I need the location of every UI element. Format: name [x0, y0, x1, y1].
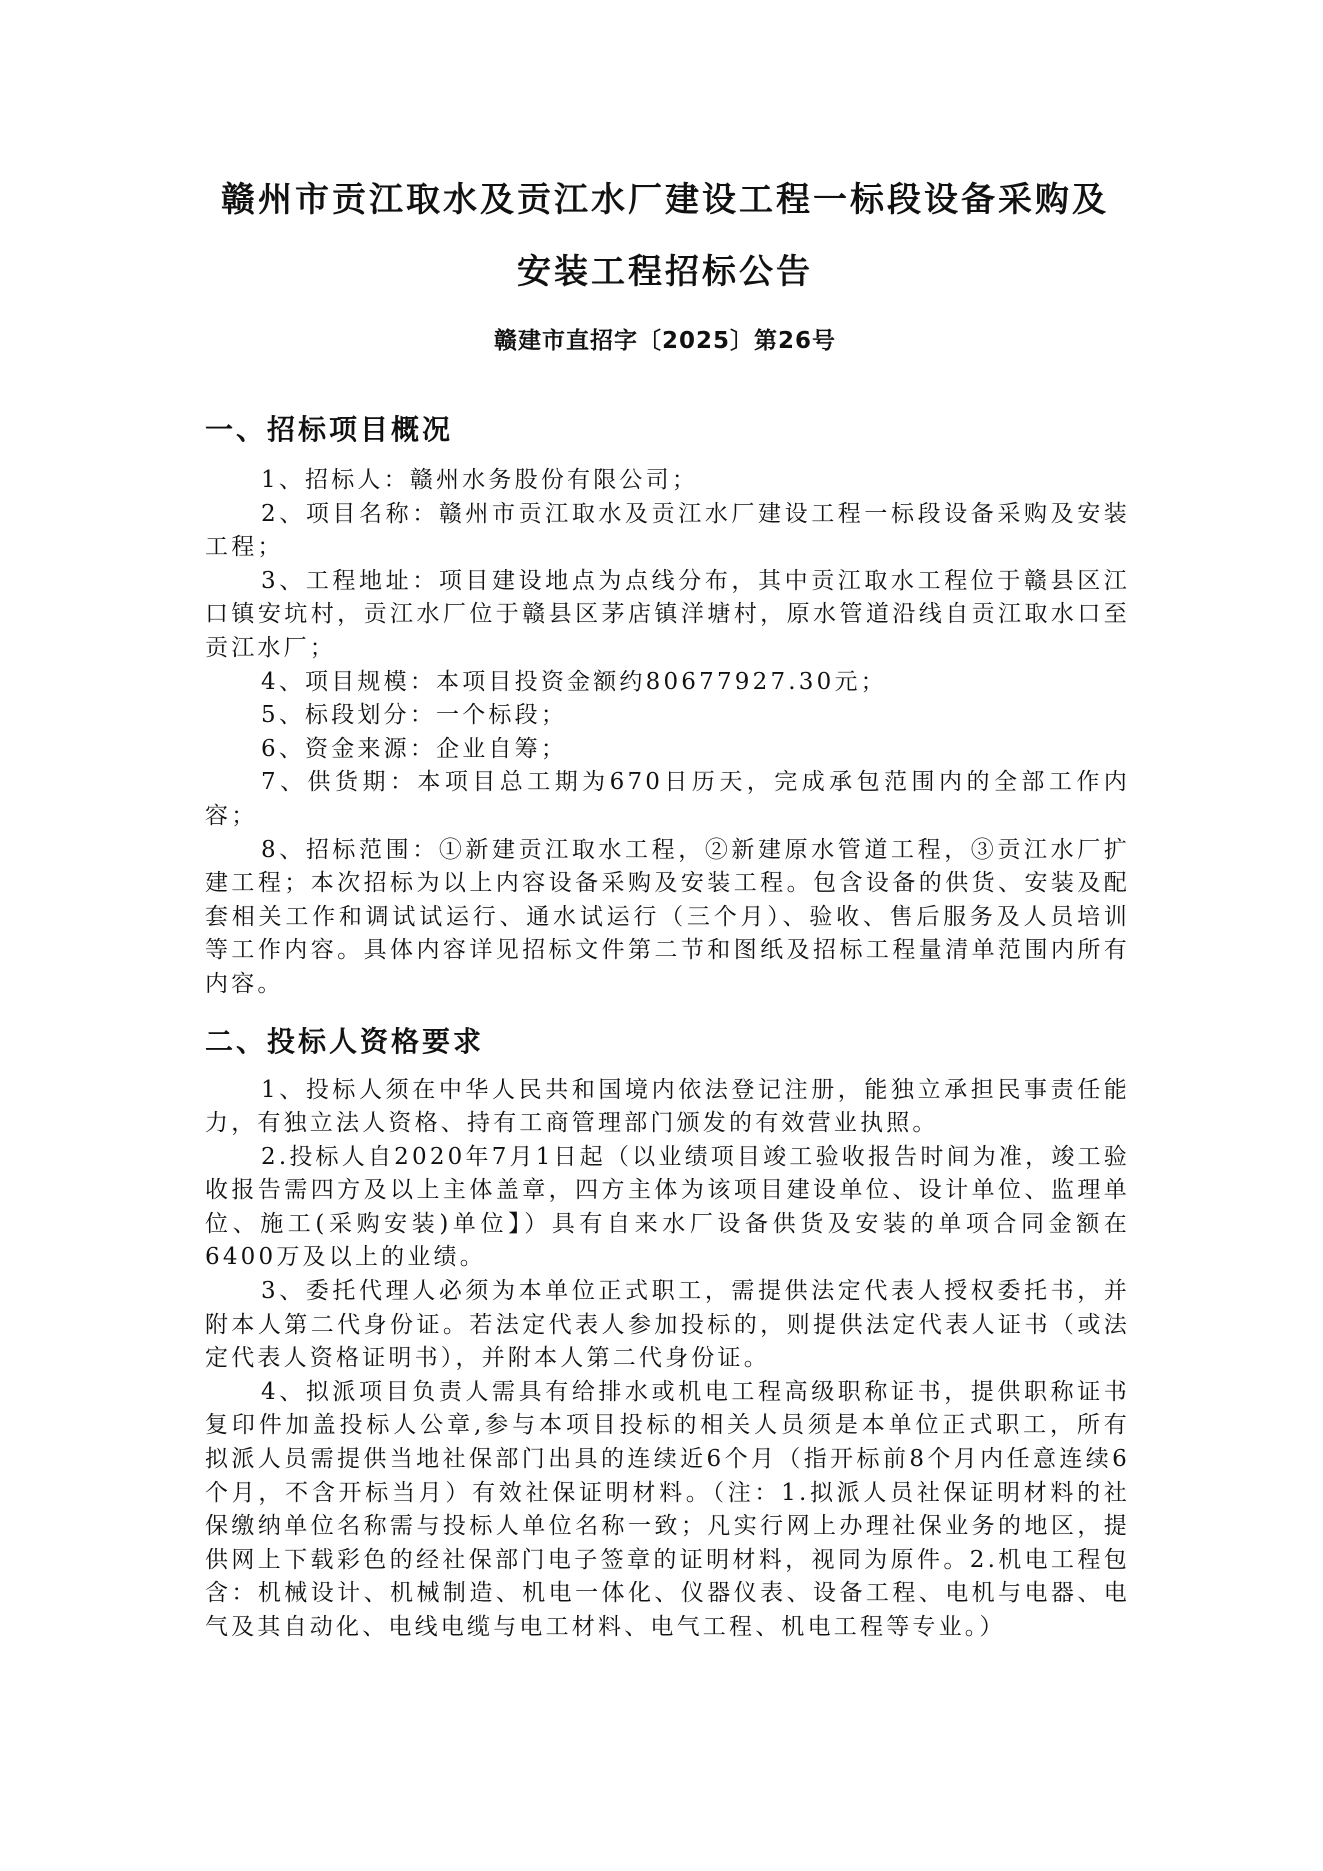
- section-heading: 一、招标项目概况: [205, 404, 1130, 456]
- paragraph: 3、工程地址：项目建设地点为点线分布，其中贡江取水工程位于赣县区江口镇安坑村，贡…: [205, 565, 1130, 666]
- document-page: 赣州市贡江取水及贡江水厂建设工程一标段设备采购及 安装工程招标公告 赣建市直招字…: [0, 0, 1323, 1871]
- section-project-overview: 一、招标项目概况 1、招标人：赣州水务股份有限公司； 2、项目名称：赣州市贡江取…: [205, 404, 1130, 1002]
- paragraph: 1、投标人须在中华人民共和国境内依法登记注册，能独立承担民事责任能力，有独立法人…: [205, 1074, 1130, 1141]
- paragraph: 2、项目名称：赣州市贡江取水及贡江水厂建设工程一标段设备采购及安装工程；: [205, 498, 1130, 565]
- section-bidder-qualifications: 二、投标人资格要求 1、投标人须在中华人民共和国境内依法登记注册，能独立承担民事…: [205, 1016, 1130, 1645]
- paragraph: 1、招标人：赣州水务股份有限公司；: [205, 464, 1130, 498]
- paragraph: 5、标段划分：一个标段；: [205, 699, 1130, 733]
- document-title-line2: 安装工程招标公告: [190, 244, 1140, 293]
- paragraph: 7、供货期：本项目总工期为670日历天，完成承包范围内的全部工作内容；: [205, 766, 1130, 833]
- paragraph: 8、招标范围：①新建贡江取水工程，②新建原水管道工程，③贡江水厂扩建工程；本次招…: [205, 834, 1130, 1002]
- document-title-line1: 赣州市贡江取水及贡江水厂建设工程一标段设备采购及: [190, 172, 1140, 221]
- document-number: 赣建市直招字〔2025〕第26号: [190, 322, 1140, 355]
- paragraph: 2.投标人自2020年7月1日起（以业绩项目竣工验收报告时间为准，竣工验收报告需…: [205, 1141, 1130, 1275]
- paragraph: 3、委托代理人必须为本单位正式职工，需提供法定代表人授权委托书，并附本人第二代身…: [205, 1275, 1130, 1376]
- paragraph: 4、项目规模：本项目投资金额约80677927.30元；: [205, 666, 1130, 700]
- paragraph: 6、资金来源：企业自筹；: [205, 733, 1130, 767]
- paragraph: 4、拟派项目负责人需具有给排水或机电工程高级职称证书，提供职称证书复印件加盖投标…: [205, 1376, 1130, 1645]
- section-heading: 二、投标人资格要求: [205, 1016, 1130, 1068]
- document-body: 一、招标项目概况 1、招标人：赣州水务股份有限公司； 2、项目名称：赣州市贡江取…: [205, 404, 1130, 1645]
